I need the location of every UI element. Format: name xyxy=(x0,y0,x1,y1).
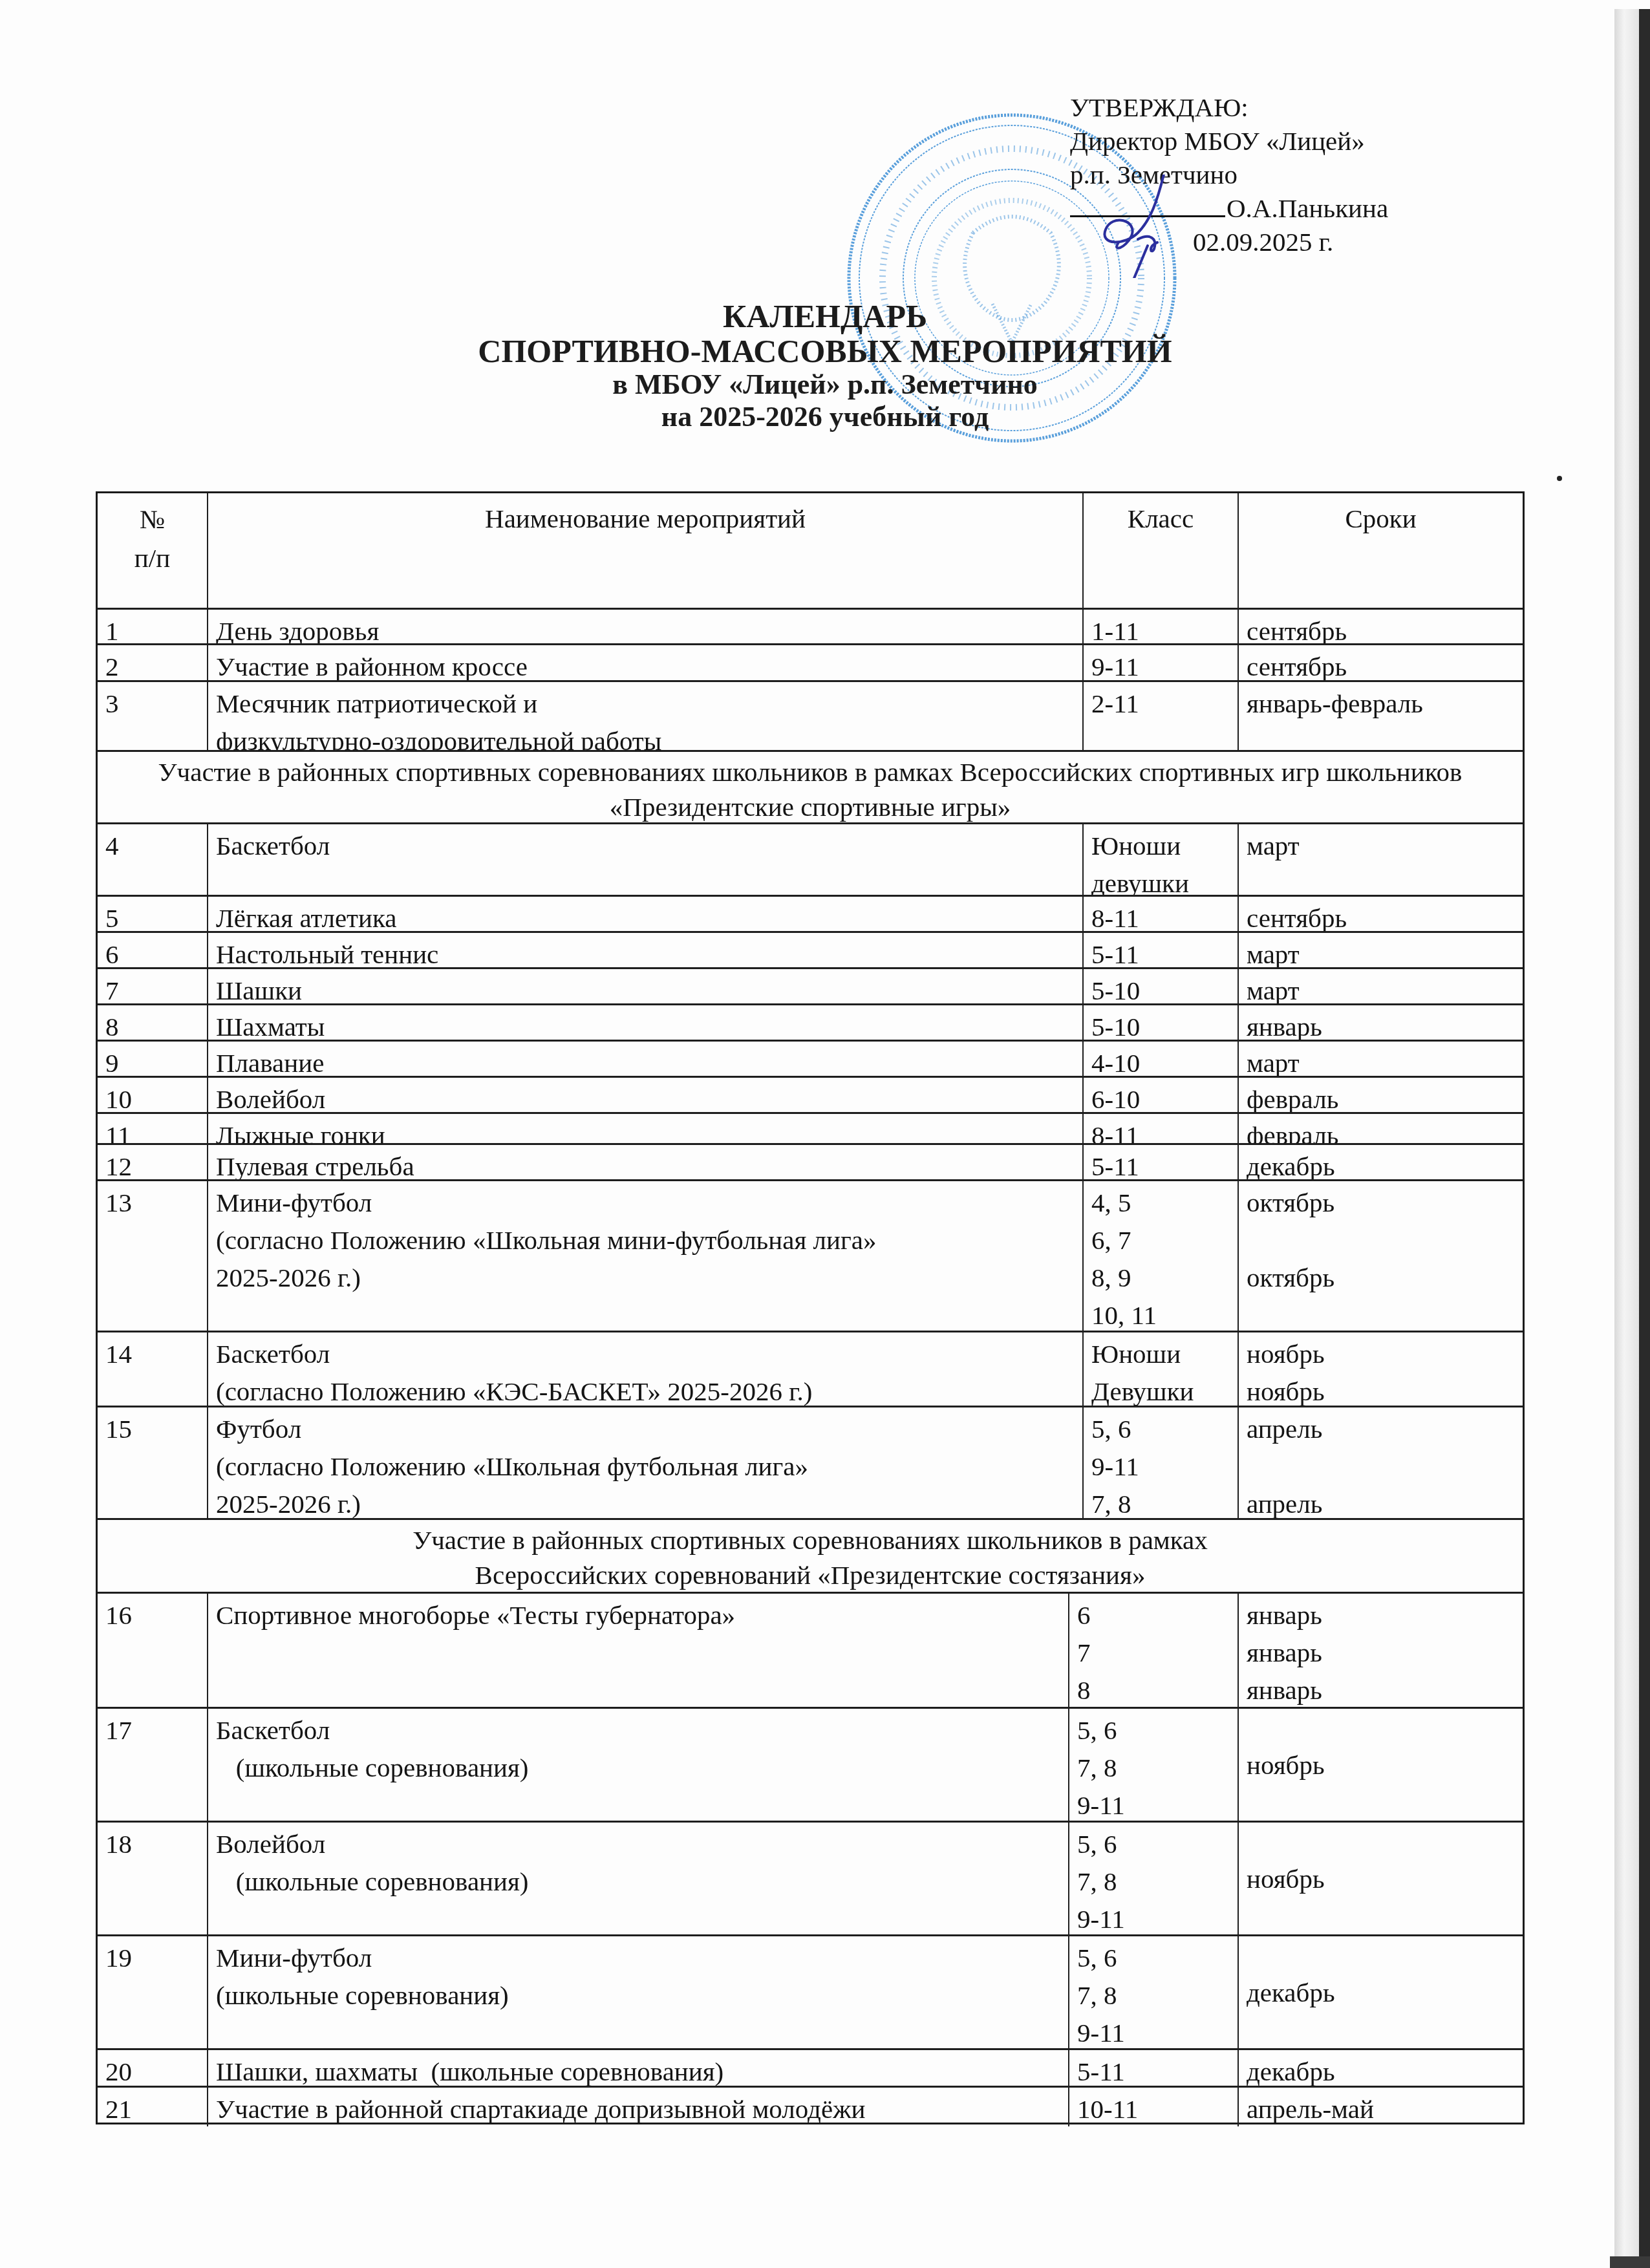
signature-icon xyxy=(1086,175,1216,278)
event-name: Мини-футбол (согласно Положению «Школьна… xyxy=(208,1181,1084,1331)
row-number: 1 xyxy=(98,610,208,643)
grade: 10-11 xyxy=(1069,2088,1239,2126)
header-name: Наименование мероприятий xyxy=(208,493,1084,608)
event-name: Мини-футбол (школьные соревнования) xyxy=(208,1936,1069,2048)
event-name: День здоровья xyxy=(208,610,1084,643)
grade: Юноши девушки xyxy=(1084,824,1239,895)
term: апрель-май xyxy=(1239,2088,1523,2126)
table-row: 12Пулевая стрельба5-11декабрь xyxy=(98,1145,1523,1181)
scan-speck xyxy=(1557,476,1562,481)
table-row: 1День здоровья1-11сентябрь xyxy=(98,610,1523,645)
term: ноябрь ноябрь xyxy=(1239,1332,1523,1406)
table-row: 11Лыжные гонки8-11февраль xyxy=(98,1114,1523,1145)
term: сентябрь xyxy=(1239,897,1523,931)
table-row: 3Месячник патриотической и физкультурно-… xyxy=(98,682,1523,752)
event-name: Участие в районной спартакиаде допризывн… xyxy=(208,2088,1069,2126)
grade: 4-10 xyxy=(1084,1042,1239,1076)
event-name: Шашки, шахматы (школьные соревнования) xyxy=(208,2050,1069,2086)
section-header-row: Участие в районных спортивных соревнован… xyxy=(98,752,1523,824)
term: февраль xyxy=(1239,1114,1523,1143)
term: декабрь xyxy=(1239,2050,1523,2086)
table-row: 6Настольный теннис5-11март xyxy=(98,933,1523,969)
row-number: 16 xyxy=(98,1594,208,1707)
table-row: 16Спортивное многоборье «Тесты губернато… xyxy=(98,1594,1523,1709)
term: январь xyxy=(1239,1005,1523,1040)
section-title: Участие в районных спортивных соревнован… xyxy=(98,752,1523,822)
section-header-row: Участие в районных спортивных соревнован… xyxy=(98,1520,1523,1594)
event-name: Баскетбол xyxy=(208,824,1084,895)
row-number: 12 xyxy=(98,1145,208,1179)
event-name: Волейбол (школьные соревнования) xyxy=(208,1823,1069,1934)
term: октябрь октябрь xyxy=(1239,1181,1523,1331)
row-number: 9 xyxy=(98,1042,208,1076)
grade: 1-11 xyxy=(1084,610,1239,643)
row-number: 14 xyxy=(98,1332,208,1406)
grade: 5-10 xyxy=(1084,969,1239,1003)
table-row: 20Шашки, шахматы (школьные соревнования)… xyxy=(98,2050,1523,2088)
term: апрель апрель xyxy=(1239,1407,1523,1518)
table-row: 10Волейбол6-10февраль xyxy=(98,1078,1523,1114)
row-number: 18 xyxy=(98,1823,208,1934)
title-line-2: СПОРТИВНО-МАССОВЫХ МЕРОПРИЯТИЙ xyxy=(0,334,1650,369)
term: декабрь xyxy=(1239,1936,1523,2048)
title-line-3: в МБОУ «Лицей» р.п. Земетчино xyxy=(0,369,1650,401)
event-name: Пулевая стрельба xyxy=(208,1145,1084,1179)
term: март xyxy=(1239,1042,1523,1076)
row-number: 11 xyxy=(98,1114,208,1143)
approval-position: Директор МБОУ «Лицей» xyxy=(1070,124,1388,158)
grade: 5, 6 7, 8 9-11 xyxy=(1069,1823,1239,1934)
event-name: Спортивное многоборье «Тесты губернатора… xyxy=(208,1594,1069,1707)
event-name: Волейбол xyxy=(208,1078,1084,1112)
grade: 5, 6 9-11 7, 8 xyxy=(1084,1407,1239,1518)
table-header-row: № п/п Наименование мероприятий Класс Сро… xyxy=(98,493,1523,610)
table-row: 4БаскетболЮноши девушкимарт xyxy=(98,824,1523,897)
grade: 4, 5 6, 7 8, 9 10, 11 xyxy=(1084,1181,1239,1331)
approval-heading: УТВЕРЖДАЮ: xyxy=(1070,91,1388,124)
term: сентябрь xyxy=(1239,645,1523,680)
event-name: Лыжные гонки xyxy=(208,1114,1084,1143)
row-number: 4 xyxy=(98,824,208,895)
event-name: Футбол (согласно Положению «Школьная фут… xyxy=(208,1407,1084,1518)
grade: 5-11 xyxy=(1084,1145,1239,1179)
event-name: Участие в районном кроссе xyxy=(208,645,1084,680)
term: январь-февраль xyxy=(1239,682,1523,750)
row-number: 2 xyxy=(98,645,208,680)
event-name: Шашки xyxy=(208,969,1084,1003)
grade: Юноши Девушки xyxy=(1084,1332,1239,1406)
document-title: КАЛЕНДАРЬ СПОРТИВНО-МАССОВЫХ МЕРОПРИЯТИЙ… xyxy=(0,299,1650,433)
grade: 6-10 xyxy=(1084,1078,1239,1112)
term: январь январь январь xyxy=(1239,1594,1523,1707)
event-name: Настольный теннис xyxy=(208,933,1084,967)
row-number: 5 xyxy=(98,897,208,931)
table-row: 2Участие в районном кроссе9-11сентябрь xyxy=(98,645,1523,682)
events-table: № п/п Наименование мероприятий Класс Сро… xyxy=(96,491,1525,2124)
title-line-4: на 2025-2026 учебный год xyxy=(0,401,1650,433)
row-number: 13 xyxy=(98,1181,208,1331)
grade: 9-11 xyxy=(1084,645,1239,680)
term: март xyxy=(1239,969,1523,1003)
header-grade: Класс xyxy=(1084,493,1239,608)
term: февраль xyxy=(1239,1078,1523,1112)
event-name: Баскетбол (согласно Положению «КЭС-БАСКЕ… xyxy=(208,1332,1084,1406)
table-row: 13Мини-футбол (согласно Положению «Школь… xyxy=(98,1181,1523,1332)
table-row: 14Баскетбол (согласно Положению «КЭС-БАС… xyxy=(98,1332,1523,1407)
approval-signatory: О.А.Панькина xyxy=(1227,193,1388,223)
table-row: 18Волейбол (школьные соревнования)5, 6 7… xyxy=(98,1823,1523,1936)
row-number: 15 xyxy=(98,1407,208,1518)
grade: 5-11 xyxy=(1084,933,1239,967)
table-row: 5Лёгкая атлетика8-11сентябрь xyxy=(98,897,1523,933)
event-name: Шахматы xyxy=(208,1005,1084,1040)
row-number: 10 xyxy=(98,1078,208,1112)
row-number: 19 xyxy=(98,1936,208,2048)
grade: 5-10 xyxy=(1084,1005,1239,1040)
header-term: Сроки xyxy=(1239,493,1523,608)
event-name: Лёгкая атлетика xyxy=(208,897,1084,931)
term: ноябрь xyxy=(1239,1709,1523,1821)
term: ноябрь xyxy=(1239,1823,1523,1934)
table-row: 9Плавание4-10март xyxy=(98,1042,1523,1078)
table-row: 7Шашки5-10март xyxy=(98,969,1523,1005)
table-row: 19Мини-футбол (школьные соревнования)5, … xyxy=(98,1936,1523,2050)
table-row: 21Участие в районной спартакиаде допризы… xyxy=(98,2088,1523,2126)
table-row: 17Баскетбол (школьные соревнования)5, 6 … xyxy=(98,1709,1523,1823)
row-number: 21 xyxy=(98,2088,208,2126)
header-num: № п/п xyxy=(98,493,208,608)
grade: 5, 6 7, 8 9-11 xyxy=(1069,1709,1239,1821)
term: декабрь xyxy=(1239,1145,1523,1179)
term: март xyxy=(1239,824,1523,895)
event-name: Плавание xyxy=(208,1042,1084,1076)
term: март xyxy=(1239,933,1523,967)
grade: 5-11 xyxy=(1069,2050,1239,2086)
grade: 5, 6 7, 8 9-11 xyxy=(1069,1936,1239,2048)
row-number: 3 xyxy=(98,682,208,750)
row-number: 6 xyxy=(98,933,208,967)
row-number: 8 xyxy=(98,1005,208,1040)
grade: 8-11 xyxy=(1084,1114,1239,1143)
scan-corner xyxy=(1610,2256,1650,2268)
section-title: Участие в районных спортивных соревнован… xyxy=(98,1520,1523,1592)
event-name: Месячник патриотической и физкультурно-о… xyxy=(208,682,1084,750)
table-row: 8Шахматы5-10январь xyxy=(98,1005,1523,1042)
row-number: 7 xyxy=(98,969,208,1003)
row-number: 20 xyxy=(98,2050,208,2086)
grade: 2-11 xyxy=(1084,682,1239,750)
row-number: 17 xyxy=(98,1709,208,1821)
event-name: Баскетбол (школьные соревнования) xyxy=(208,1709,1069,1821)
grade: 6 7 8 xyxy=(1069,1594,1239,1707)
table-row: 15Футбол (согласно Положению «Школьная ф… xyxy=(98,1407,1523,1520)
term: сентябрь xyxy=(1239,610,1523,643)
title-line-1: КАЛЕНДАРЬ xyxy=(0,299,1650,334)
grade: 8-11 xyxy=(1084,897,1239,931)
